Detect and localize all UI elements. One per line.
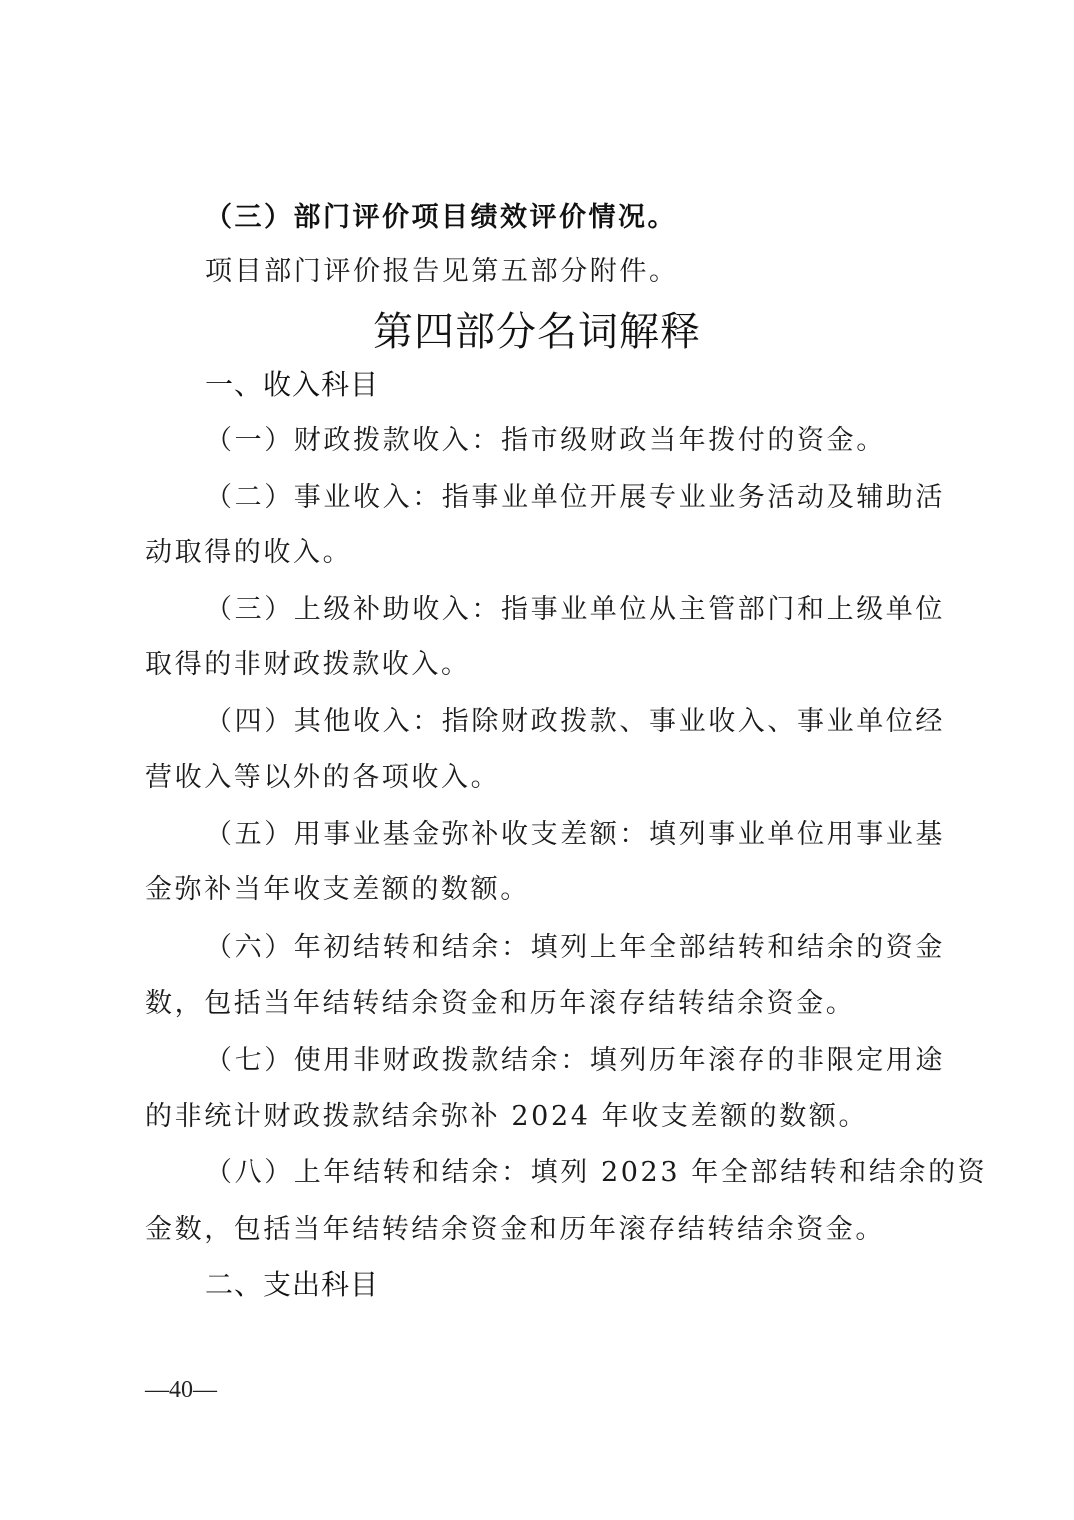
definition-item: （二）事业收入：指事业单位开展专业业务活动及辅助活 xyxy=(205,481,945,515)
definition-item: （七）使用非财政拨款结余：填列历年滚存的非限定用途 xyxy=(205,1044,945,1078)
definition-item: （三）上级补助收入：指事业单位从主管部门和上级单位 xyxy=(205,593,945,627)
definition-item-continued: 取得的非财政拨款收入。 xyxy=(145,648,471,682)
definition-item-continued: 的非统计财政拨款结余弥补 2024 年收支差额的数额。 xyxy=(145,1100,868,1134)
definition-item-continued: 营收入等以外的各项收入。 xyxy=(145,761,500,795)
definition-item: （八）上年结转和结余：填列 2023 年全部结转和结余的资 xyxy=(205,1156,987,1190)
page-number: —40— xyxy=(145,1375,217,1405)
definition-item: （五）用事业基金弥补收支差额：填列事业单位用事业基 xyxy=(205,818,945,852)
definition-item: （四）其他收入：指除财政拨款、事业收入、事业单位经 xyxy=(205,705,945,739)
definition-item: （一）财政拨款收入：指市级财政当年拨付的资金。 xyxy=(205,424,886,458)
definition-item: （六）年初结转和结余：填列上年全部结转和结余的资金 xyxy=(205,931,945,965)
definition-item-continued: 动取得的收入。 xyxy=(145,536,352,570)
definition-item-continued: 金弥补当年收支差额的数额。 xyxy=(145,873,530,907)
section-heading: 二、支出科目 xyxy=(205,1268,379,1302)
section-heading: 一、收入科目 xyxy=(205,368,379,402)
subsection-heading: （三）部门评价项目绩效评价情况。 xyxy=(205,201,677,235)
page-title: 第四部分名词解释 xyxy=(0,308,1074,356)
paragraph: 项目部门评价报告见第五部分附件。 xyxy=(205,255,679,289)
definition-item-continued: 数，包括当年结转结余资金和历年滚存结转结余资金。 xyxy=(145,987,855,1021)
definition-item-continued: 金数，包括当年结转结余资金和历年滚存结转结余资金。 xyxy=(145,1213,885,1247)
